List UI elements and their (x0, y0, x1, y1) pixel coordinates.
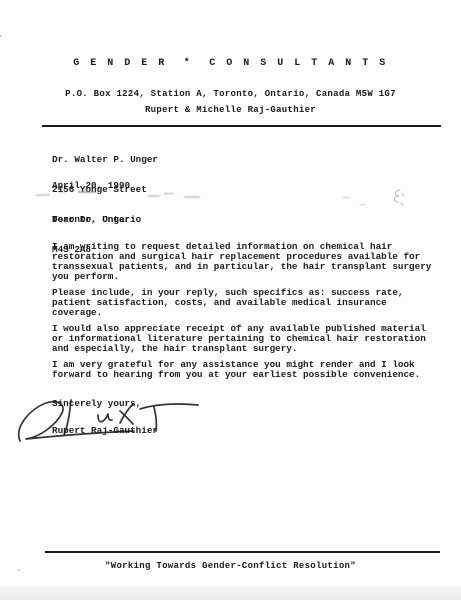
paragraph: I am writing to request detailed informa… (52, 242, 431, 282)
org-address: P.O. Box 1224, Station A, Toronto, Ontar… (0, 89, 461, 99)
org-principals: Rupert & Michelle Raj-Gauthier (0, 105, 461, 115)
pencil-smudge (360, 204, 365, 205)
footer-tagline: "Working Towards Gender-Conflict Resolut… (0, 561, 461, 571)
pencil-smudge (164, 193, 174, 194)
body-line: you perform. (52, 272, 431, 282)
handwritten-signature-icon (16, 397, 211, 445)
pencil-squiggle-mark (386, 188, 408, 206)
body-line: forward to hearing from you at your earl… (52, 370, 431, 380)
org-name: G E N D E R * C O N S U L T A N T S (0, 58, 461, 69)
pencil-smudge (184, 196, 200, 198)
body-line: and especially, the hair transplant surg… (52, 344, 431, 354)
salutation: Dear Dr. Unger: (52, 214, 136, 225)
paragraph: Please include, in your reply, such spec… (52, 288, 431, 318)
pencil-smudge (148, 195, 160, 197)
pencil-smudge (78, 191, 96, 193)
scan-speck (0, 35, 2, 37)
footer-divider (45, 551, 440, 553)
signer-name: Rupert Raj-Gauthier (52, 425, 158, 436)
pencil-smudge (36, 194, 50, 197)
header-divider (42, 125, 441, 127)
pencil-smudge (342, 197, 350, 198)
body-line: patient satisfaction, costs, and availab… (52, 298, 431, 308)
scan-edge-strip (0, 587, 461, 600)
paragraph: I am very grateful for any assistance yo… (52, 360, 431, 380)
letter-body: I am writing to request detailed informa… (52, 242, 431, 386)
body-line: coverage. (52, 308, 431, 318)
letter-page: G E N D E R * C O N S U L T A N T S P.O.… (0, 0, 461, 600)
paragraph: I would also appreciate receipt of any a… (52, 324, 431, 354)
recipient-line: Dr. Walter P. Unger (52, 155, 158, 165)
letter-date: April 20, 1990 (52, 180, 130, 191)
